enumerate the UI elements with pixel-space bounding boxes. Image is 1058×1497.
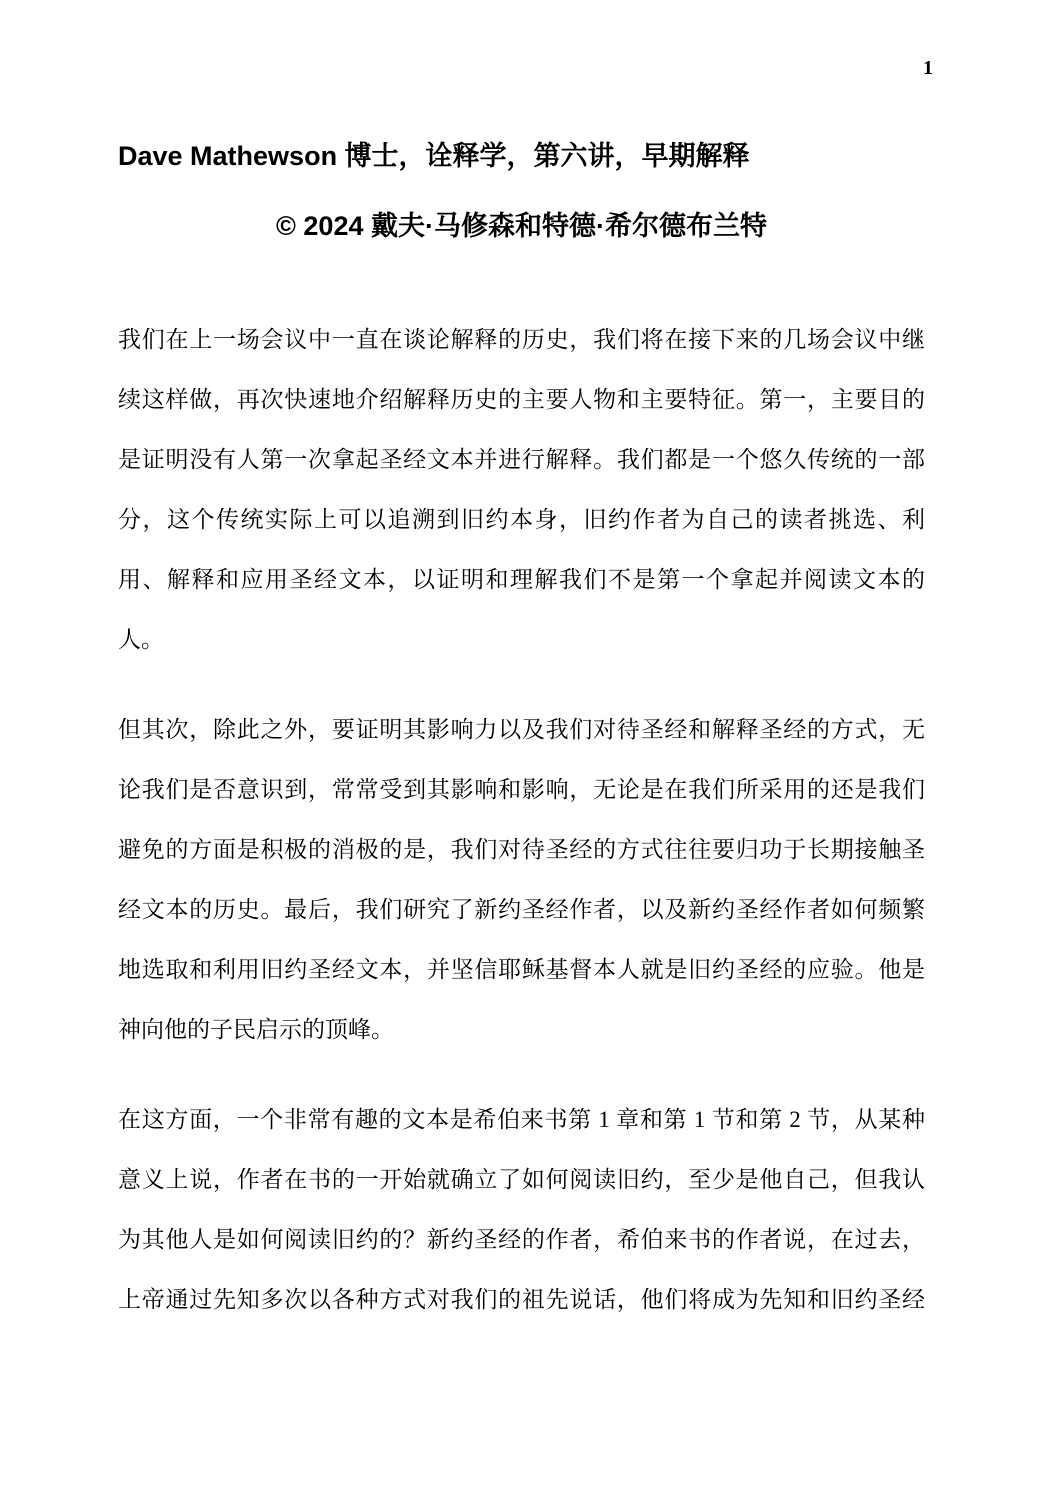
text-line: 为其他人是如何阅读旧约的？新约圣经的作者，希伯来书的作者说，在过去， [118, 1210, 925, 1270]
text-line: 但其次，除此之外，要证明其影响力以及我们对待圣经和解释圣经的方式，无 [118, 700, 925, 760]
text-line: 避免的方面是积极的消极的是，我们对待圣经的方式往往要归功于长期接触圣 [118, 820, 925, 880]
page-number: 1 [923, 56, 933, 80]
text-line: 是证明没有人第一次拿起圣经文本并进行解释。我们都是一个悠久传统的一部 [118, 430, 925, 490]
text-line: 地选取和利用旧约圣经文本，并坚信耶稣基督本人就是旧约圣经的应验。他是 [118, 940, 925, 1000]
document-title: Dave Mathewson 博士，诠释学，第六讲，早期解释 [118, 138, 925, 174]
text-line: 续这样做，再次快速地介绍解释历史的主要人物和主要特征。第一，主要目的 [118, 370, 925, 430]
text-line: 人。 [118, 610, 925, 670]
paragraph: 我们在上一场会议中一直在谈论解释的历史，我们将在接下来的几场会议中继续这样做，再… [118, 310, 925, 670]
document-body: 我们在上一场会议中一直在谈论解释的历史，我们将在接下来的几场会议中继续这样做，再… [118, 310, 925, 1330]
copyright-line: © 2024 戴夫·马修森和特德·希尔德布兰特 [118, 208, 925, 244]
paragraph: 在这方面，一个非常有趣的文本是希伯来书第 1 章和第 1 节和第 2 节，从某种… [118, 1090, 925, 1330]
text-line: 用、解释和应用圣经文本，以证明和理解我们不是第一个拿起并阅读文本的 [118, 550, 925, 610]
text-line: 论我们是否意识到，常常受到其影响和影响，无论是在我们所采用的还是我们 [118, 760, 925, 820]
text-line: 分，这个传统实际上可以追溯到旧约本身，旧约作者为自己的读者挑选、利 [118, 490, 925, 550]
paragraph: 但其次，除此之外，要证明其影响力以及我们对待圣经和解释圣经的方式，无论我们是否意… [118, 700, 925, 1060]
text-line: 上帝通过先知多次以各种方式对我们的祖先说话，他们将成为先知和旧约圣经 [118, 1270, 925, 1330]
text-line: 神向他的子民启示的顶峰。 [118, 1000, 925, 1060]
text-line: 在这方面，一个非常有趣的文本是希伯来书第 1 章和第 1 节和第 2 节，从某种 [118, 1090, 925, 1150]
text-line: 我们在上一场会议中一直在谈论解释的历史，我们将在接下来的几场会议中继 [118, 310, 925, 370]
document-page: 1 Dave Mathewson 博士，诠释学，第六讲，早期解释 © 2024 … [0, 0, 1058, 1497]
text-line: 经文本的历史。最后，我们研究了新约圣经作者，以及新约圣经作者如何频繁 [118, 880, 925, 940]
text-line: 意义上说，作者在书的一开始就确立了如何阅读旧约，至少是他自己，但我认 [118, 1150, 925, 1210]
